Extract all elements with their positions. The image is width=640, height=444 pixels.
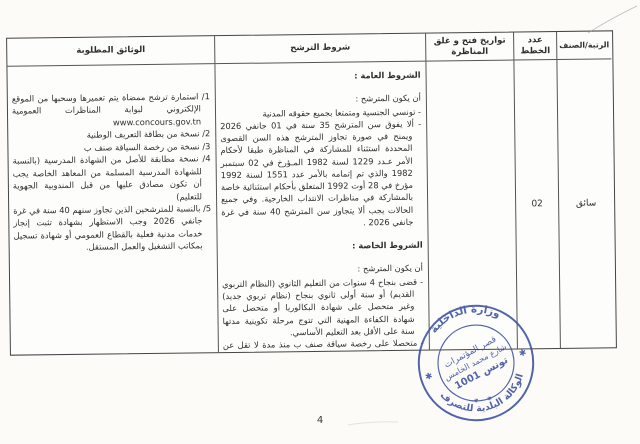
svg-text:الوكالة البلدية للتصرف: الوكالة البلدية للتصرف — [436, 370, 532, 424]
recruitment-table: الوثائق المطلوبة شروط الترشح تواريخ فتح … — [6, 30, 617, 355]
stamp-address-line3: 1001 تونس — [453, 355, 510, 392]
cell-competition-dates — [425, 61, 517, 350]
special-conditions-list: - قضى بنجاح 4 سنوات من التعليم الثانوي (… — [222, 275, 424, 352]
column-header-dates: تواريخ فتح و غلق المناظرة — [425, 33, 513, 62]
general-conditions-title: الشروط العامة : — [220, 69, 421, 84]
document-item: 4/ نسخة مطابقة للأصل من الشهادة المدرسية… — [13, 152, 212, 204]
special-conditions-title: الشروط الخاصة : — [222, 239, 423, 254]
svg-text:✱: ✱ — [487, 395, 494, 403]
general-conditions-list: - تونسي الجنسية ومتمتعا بجميع حقوقه المد… — [220, 105, 422, 230]
column-header-rank: الرتبة/الصنف — [556, 31, 611, 60]
general-conditions-intro: أن يكون المترشح : — [220, 92, 421, 107]
column-header-documents: الوثائق المطلوبة — [7, 36, 214, 67]
svg-text:✱: ✱ — [518, 348, 528, 359]
column-header-conditions: شروط الترشح — [214, 34, 425, 65]
condition-item: - متحصلا على رخصة سياقة صنف ب منذ مدة لا… — [223, 337, 424, 352]
condition-item: - قضى بنجاح 4 سنوات من التعليم الثانوي (… — [222, 275, 424, 339]
cell-required-documents: 1/ استمارة ترشح ممضاة يتم تعميرها وسحبها… — [7, 64, 218, 355]
page-number: 4 — [300, 415, 340, 426]
document-item: 1/ استمارة ترشح ممضاة يتم تعميرها وسحبها… — [12, 90, 210, 130]
scanned-document-page: { "page": { "number": "4" }, "table": { … — [0, 0, 640, 444]
stamp-bottom-arc-text: الوكالة البلدية للتصرف — [436, 370, 532, 424]
svg-text:✱: ✱ — [424, 371, 434, 382]
pencil-scribble-icon — [588, 6, 637, 33]
stamp-side-stars-icon: ✱ ✱ ✱ ✱ — [424, 348, 536, 416]
special-conditions-intro: أن يكون المترشح : — [222, 262, 423, 277]
cell-rank: سائق — [556, 59, 615, 348]
cell-number-of-posts: 02 — [513, 60, 560, 349]
cell-application-conditions: الشروط العامة : أن يكون المترشح : - تونس… — [214, 62, 429, 353]
condition-item: - ألا يفوق سن المترشح 35 سنة في 01 جانفي… — [220, 117, 422, 230]
smudge-mark-icon — [348, 422, 398, 425]
document-item: 5/ بالنسبة للمترشحين الذين تجاوز سنهم 40… — [13, 202, 212, 254]
column-header-posts: عدد الخطط — [513, 32, 556, 61]
svg-text:✱: ✱ — [473, 397, 480, 405]
